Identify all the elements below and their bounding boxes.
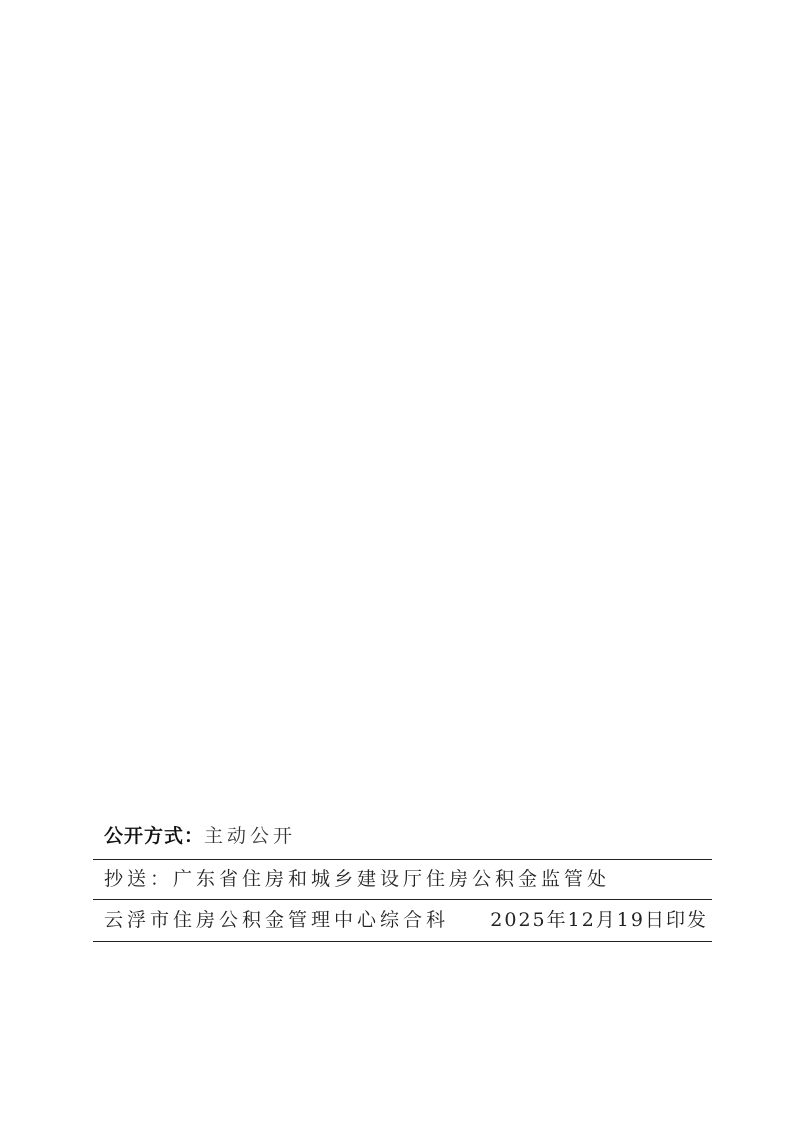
issue-date: 2025年12月19日印发	[490, 907, 708, 933]
disclosure-value: 主动公开	[204, 825, 296, 847]
disclosure-label: 公开方式：	[104, 825, 204, 847]
divider-bottom	[93, 941, 712, 942]
cc-line: 抄送：广东省住房和城乡建设厅住房公积金监管处	[104, 866, 708, 892]
divider-middle	[93, 899, 712, 900]
divider-top	[93, 859, 712, 860]
disclosure-method: 公开方式：主动公开	[104, 823, 296, 849]
issuer-line: 云浮市住房公积金管理中心综合科 2025年12月19日印发	[104, 907, 708, 933]
cc-text: 抄送：广东省住房和城乡建设厅住房公积金监管处	[104, 868, 610, 890]
issuer-organization: 云浮市住房公积金管理中心综合科	[104, 907, 449, 933]
